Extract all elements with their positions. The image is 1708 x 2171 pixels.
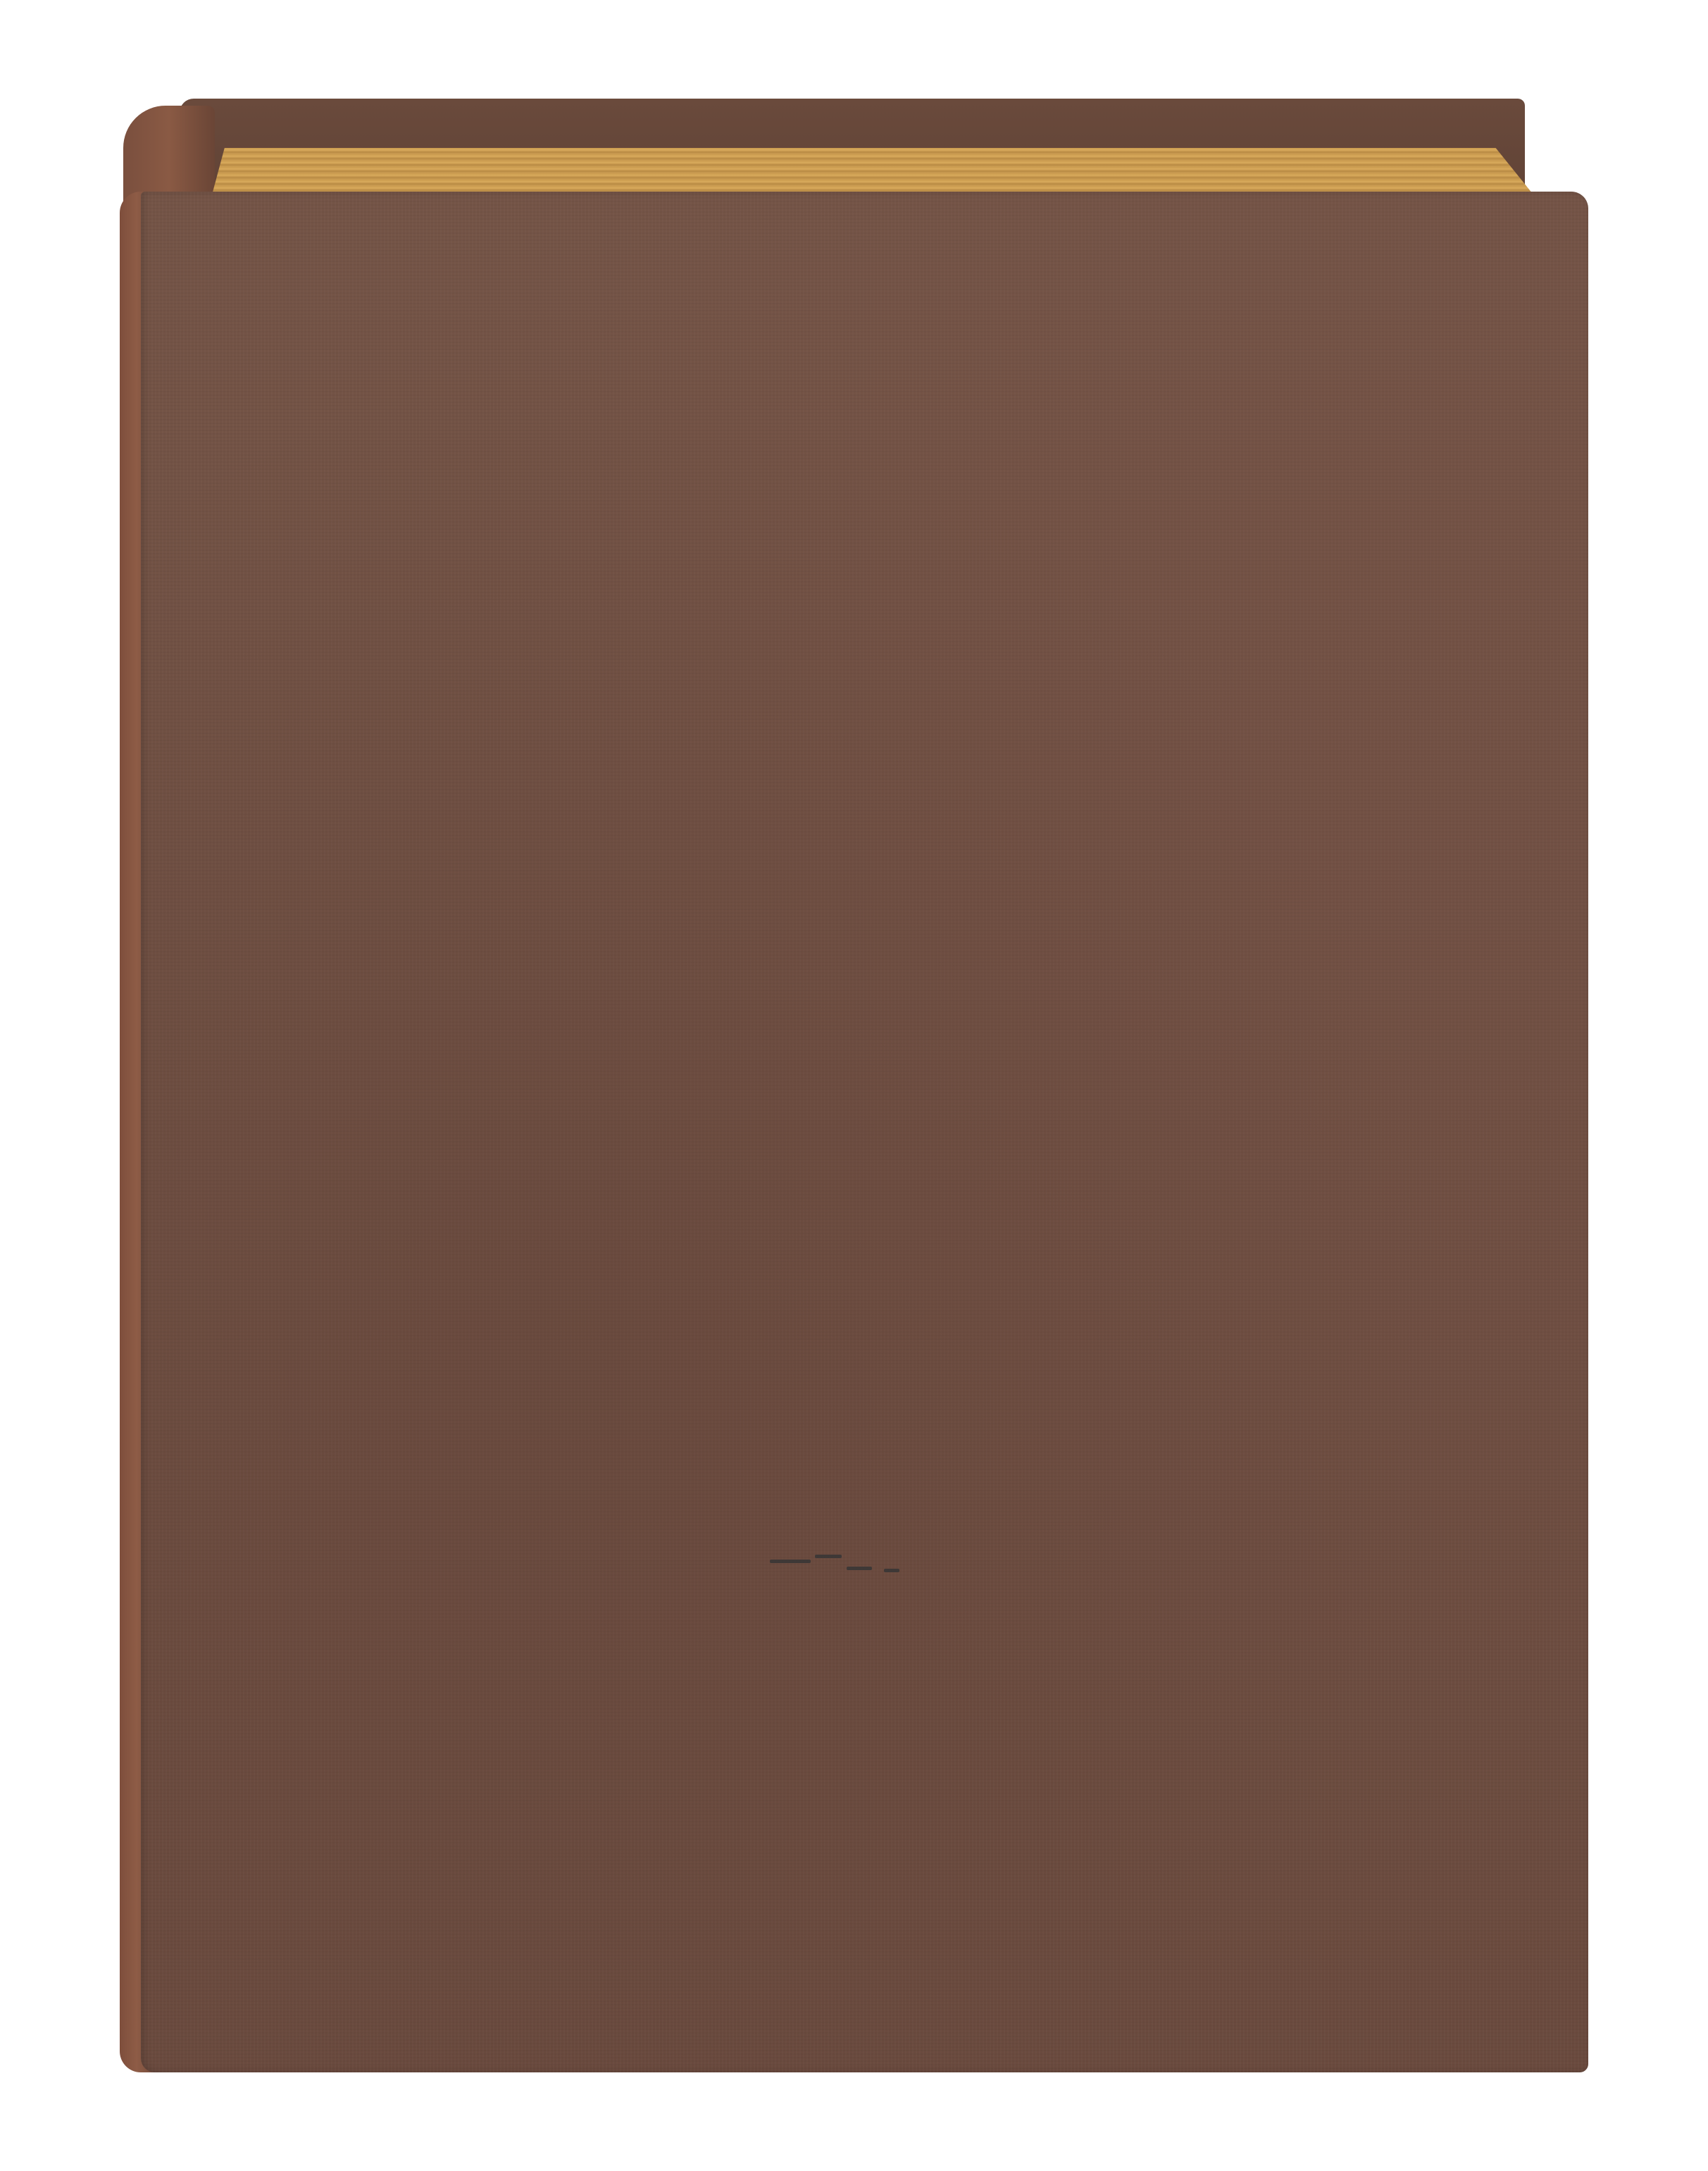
pencil-mark [815,1555,842,1558]
pencil-mark [884,1569,899,1572]
page-edges [211,148,1535,197]
pencil-mark [770,1560,811,1563]
pencil-mark [847,1567,872,1570]
book-photo [0,0,1708,2171]
book-cover [141,192,1588,2072]
